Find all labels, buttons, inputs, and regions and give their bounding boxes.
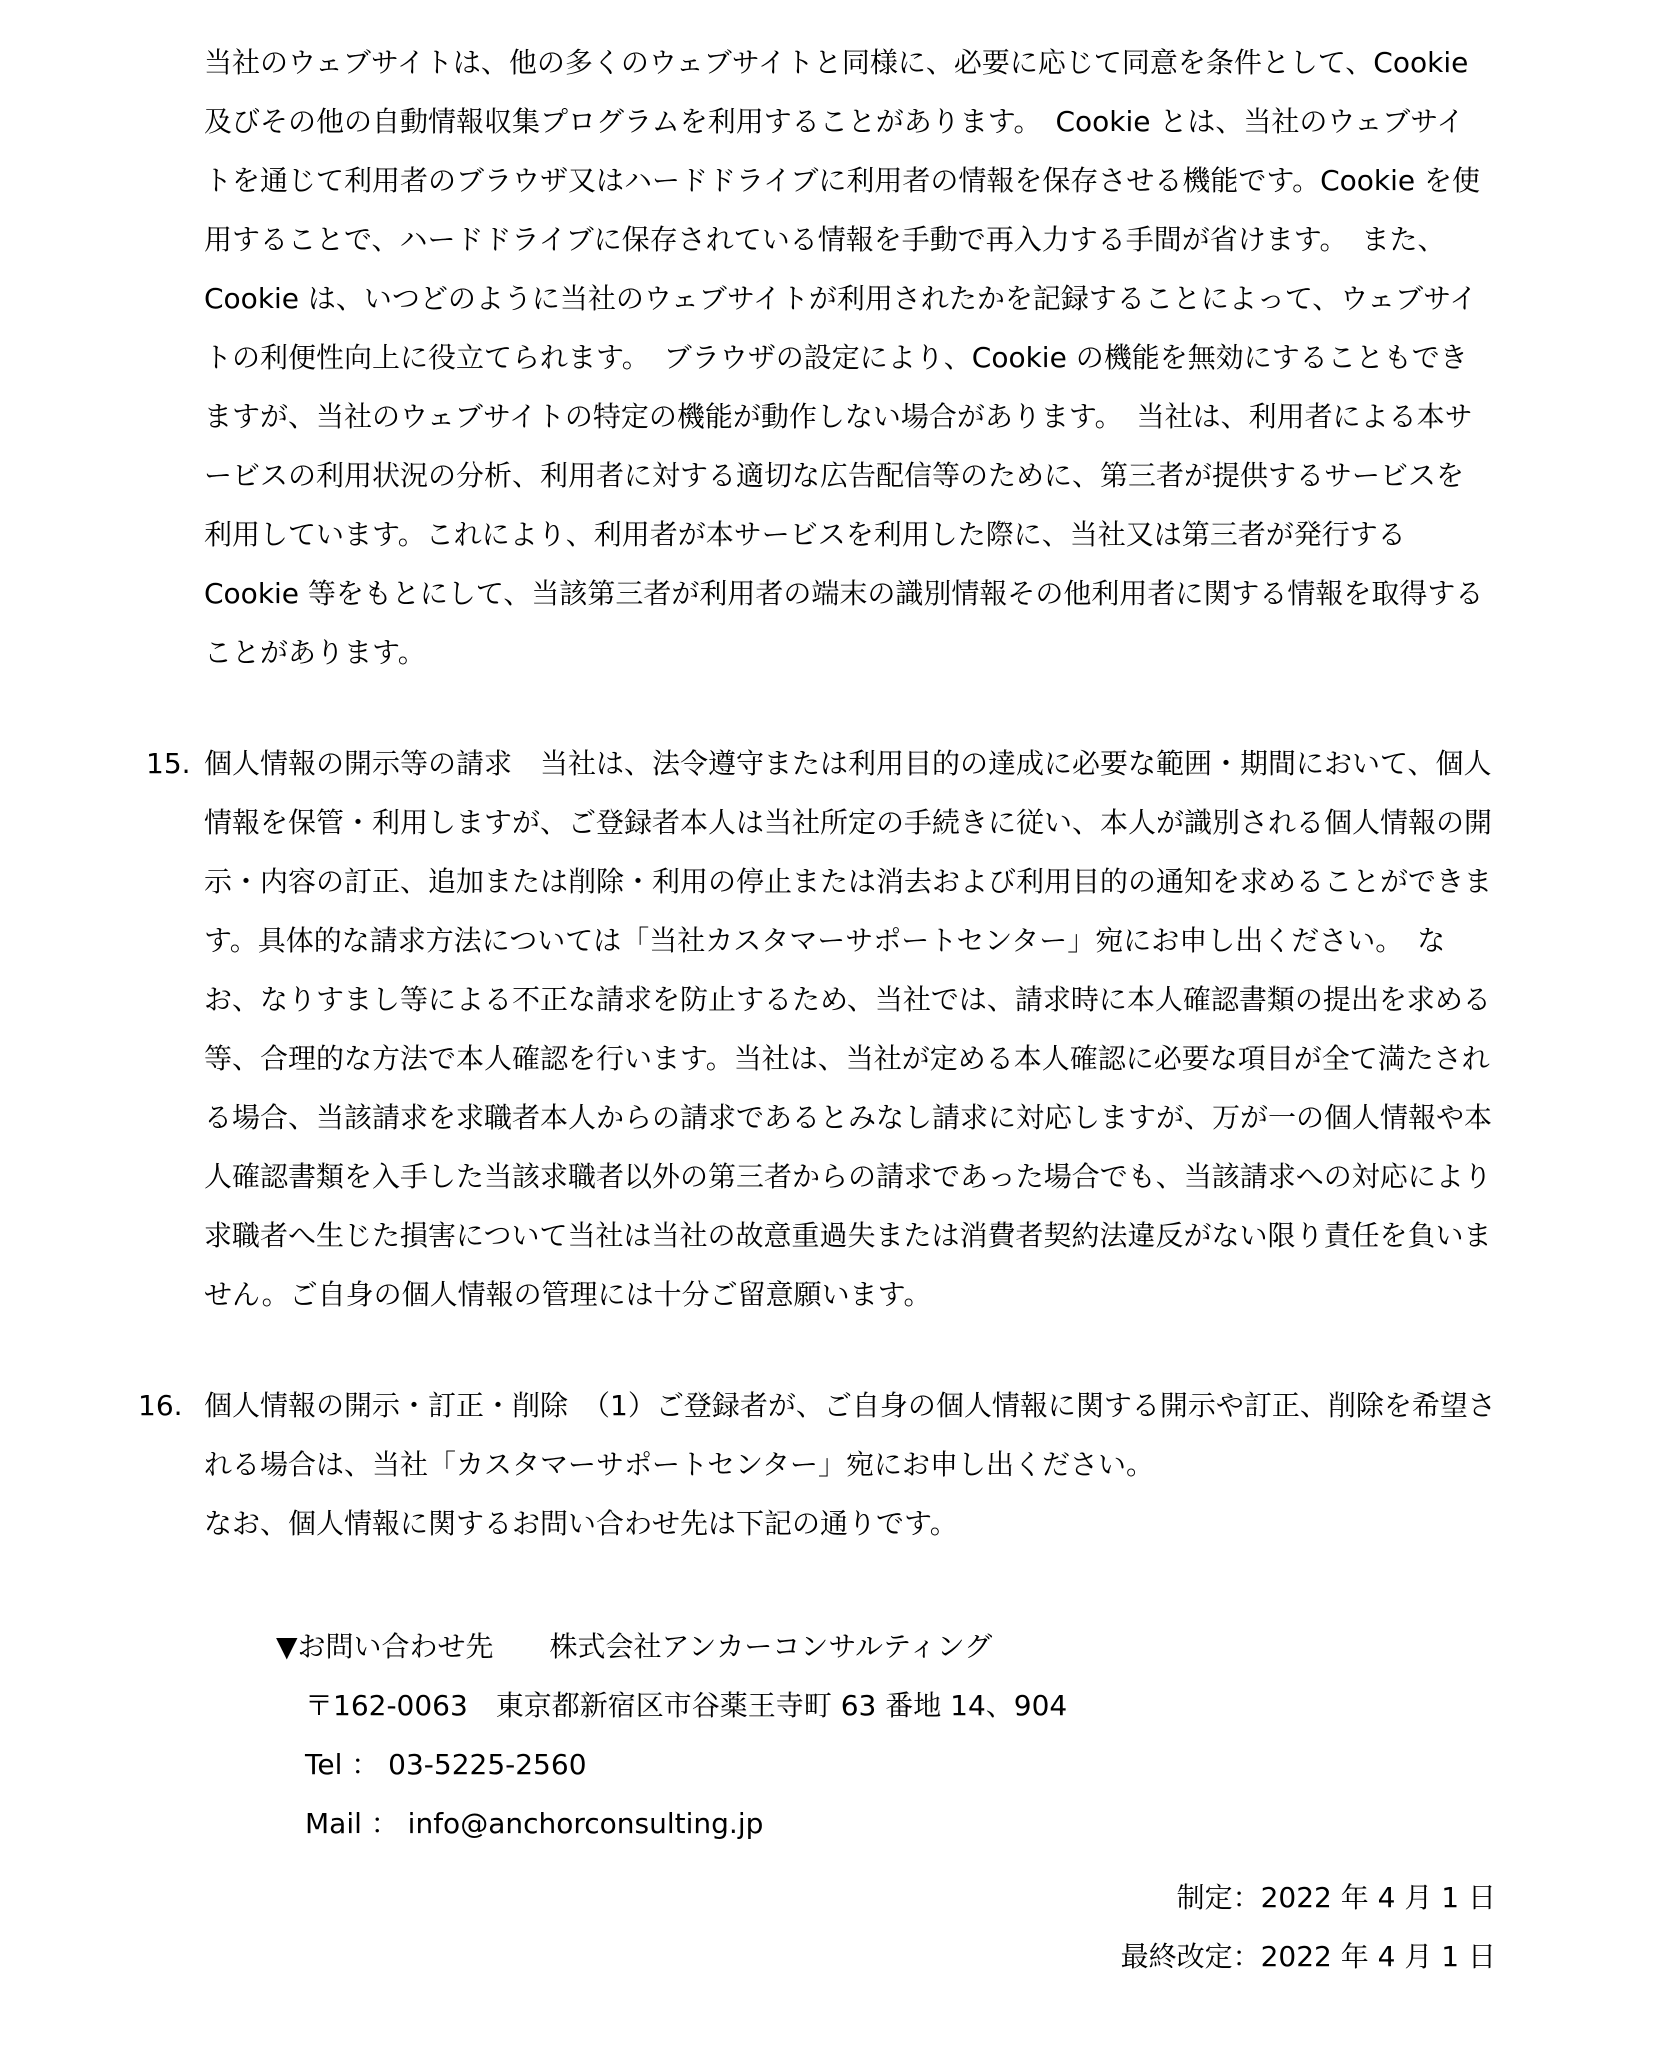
contact-info-block: ▼お問い合わせ先 株式会社アンカーコンサルティング 〒162-0063 東京都新… [0,1617,1654,1853]
text-line: なお、個人情報に関するお問い合わせ先は下記の通りです。 [204,1494,1654,1553]
text-line: 情報を保管・利用しますが、ご登録者本人は当社所定の手続きに従い、本人が識別される… [204,793,1654,852]
text-line: 示・内容の訂正、追加または削除・利用の停止または消去および利用目的の通知を求める… [204,852,1654,911]
text-line: 個人情報の開示・訂正・削除 （1）ご登録者が、ご自身の個人情報に関する開示や訂正… [204,1389,1496,1422]
text-line: 求職者へ生じた損害について当社は当社の故意重過失または消費者契約法違反がない限り… [204,1206,1654,1265]
text-line: 利用しています。これにより、利用者が本サービスを利用した際に、当社又は第三者が発… [204,505,1654,564]
contact-mail: Mail ： info@anchorconsulting.jp [305,1794,1654,1853]
last-revised-date: 最終改定：2022 年 4 月 1 日 [0,1927,1496,1986]
text-line: ことがあります。 [204,623,1654,682]
text-line: 等、合理的な方法で本人確認を行います。当社は、当社が定める本人確認に必要な項目が… [204,1029,1654,1088]
enacted-date: 制定：2022 年 4 月 1 日 [0,1868,1496,1927]
privacy-policy-page: 当社のウェブサイトは、他の多くのウェブサイトと同様に、必要に応じて同意を条件とし… [0,0,1654,2048]
contact-header: ▼お問い合わせ先 株式会社アンカーコンサルティング [276,1617,1654,1676]
text-line: 当社のウェブサイトは、他の多くのウェブサイトと同様に、必要に応じて同意を条件とし… [204,33,1654,92]
contact-tel: Tel ： 03-5225-2560 [305,1735,1654,1794]
text-line: お、なりすまし等による不正な請求を防止するため、当社では、請求時に本人確認書類の… [204,970,1654,1029]
text-line: 用することで、ハードドライブに保存されている情報を手動で再入力する手間が省けます… [204,210,1654,269]
contact-address: 〒162-0063 東京都新宿区市谷薬王寺町 63 番地 14、904 [305,1676,1654,1735]
clause-15-first-line: 15.個人情報の開示等の請求 当社は、法令遵守または利用目的の達成に必要な範囲・… [204,734,1654,793]
text-line: る場合、当該請求を求職者本人からの請求であるとみなし請求に対応しますが、万が一の… [204,1088,1654,1147]
text-line: トの利便性向上に役立てられます。 ブラウザの設定により、Cookie の機能を無… [204,328,1654,387]
text-line: 人確認書類を入手した当該求職者以外の第三者からの請求であった場合でも、当該請求へ… [204,1147,1654,1206]
clause-15-disclosure-request: 15.個人情報の開示等の請求 当社は、法令遵守または利用目的の達成に必要な範囲・… [0,734,1654,1324]
clause-16-number: 16. [138,1376,183,1435]
clause-16-disclosure-correction-deletion: 16.個人情報の開示・訂正・削除 （1）ご登録者が、ご自身の個人情報に関する開示… [0,1376,1654,1553]
text-line: Cookie 等をもとにして、当該第三者が利用者の端末の識別情報その他利用者に関… [204,564,1654,623]
clause-15-number: 15. [146,734,191,793]
text-line: れる場合は、当社「カスタマーサポートセンター」宛にお申し出ください。 [204,1435,1654,1494]
text-line: せん。ご自身の個人情報の管理には十分ご留意願います。 [204,1265,1654,1324]
paragraph-cookie-policy: 当社のウェブサイトは、他の多くのウェブサイトと同様に、必要に応じて同意を条件とし… [0,0,1654,682]
text-line: ますが、当社のウェブサイトの特定の機能が動作しない場合があります。 当社は、利用… [204,387,1654,446]
clause-16-first-line: 16.個人情報の開示・訂正・削除 （1）ご登録者が、ご自身の個人情報に関する開示… [204,1376,1654,1435]
text-line: Cookie は、いつどのように当社のウェブサイトが利用されたかを記録することに… [204,269,1654,328]
enactment-dates-block: 制定：2022 年 4 月 1 日 最終改定：2022 年 4 月 1 日 [0,1868,1654,1986]
text-line: 個人情報の開示等の請求 当社は、法令遵守または利用目的の達成に必要な範囲・期間に… [204,747,1491,780]
text-line: ービスの利用状況の分析、利用者に対する適切な広告配信等のために、第三者が提供する… [204,446,1654,505]
text-line: す。具体的な請求方法については「当社カスタマーサポートセンター」宛にお申し出くだ… [204,911,1654,970]
text-line: トを通じて利用者のブラウザ又はハードドライブに利用者の情報を保存させる機能です。… [204,151,1654,210]
text-line: 及びその他の自動情報収集プログラムを利用することがあります。 Cookie とは… [204,92,1654,151]
